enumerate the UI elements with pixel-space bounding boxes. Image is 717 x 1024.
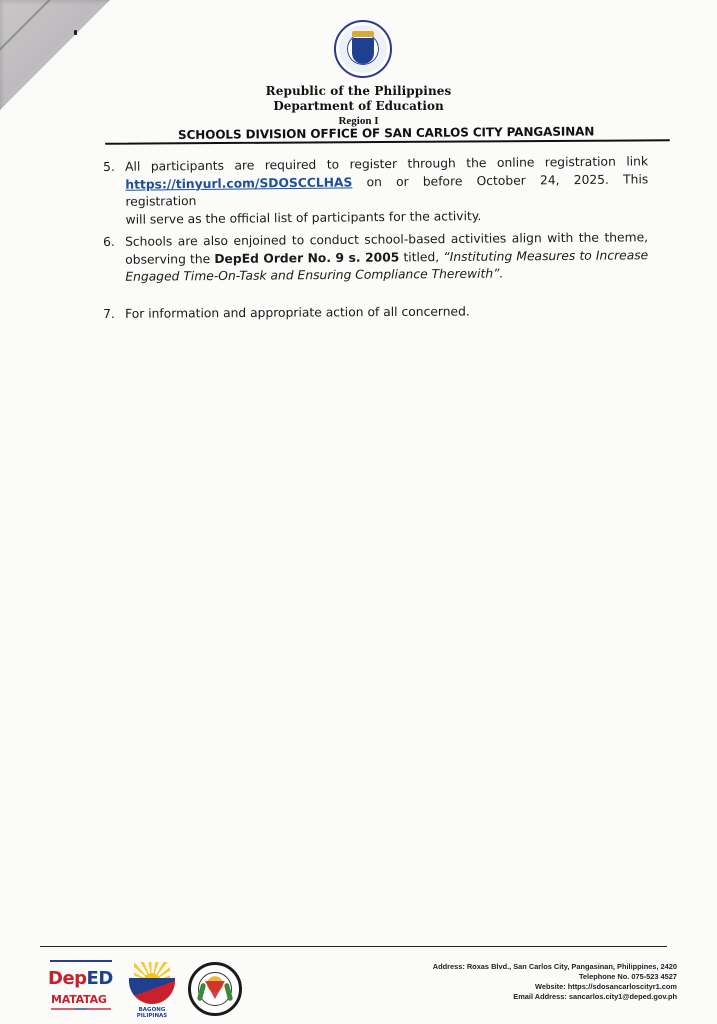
bagong-pilipinas-emblem [129,978,175,1004]
deped-wordmark-part: Dep [48,968,87,989]
logo-bar [50,960,112,962]
contact-block: Address: Roxas Blvd., San Carlos City, P… [433,962,677,1002]
memo-item-7: 7. For information and appropriate actio… [103,302,648,323]
item-text: titled, [399,250,443,264]
seal-triangle-icon [205,981,225,999]
email-text: Email Address: sancarlos.city1@deped.gov… [433,992,677,1002]
deped-seal-logo [334,20,392,78]
memo-item-5: 5. All participants are required to regi… [103,153,649,229]
fold-mark [74,30,77,35]
item-number: 7. [103,306,115,324]
website-text: Website: https://sdosancarloscityr1.com [433,982,677,992]
telephone-text: Telephone No. 075-523 4527 [433,972,677,982]
item-number: 5. [103,159,115,177]
seal-torch-icon [352,31,374,37]
item-text: observing the [125,252,214,267]
bagong-pilipinas-logo: BAGONG PILIPINAS [124,960,180,1020]
laurel-right-icon [224,983,233,1002]
address-text: Address: Roxas Blvd., San Carlos City, P… [433,962,677,972]
department-heading: Department of Education [0,99,717,113]
registration-link[interactable]: https://tinyurl.com/SDOSCCLHAS [125,175,352,191]
logo-underline [51,1008,111,1010]
deped-wordmark-part: ED [87,968,113,989]
deped-wordmark: DepED [48,968,113,989]
region-heading: Region I [0,115,717,127]
sdo-seal-inner [198,972,232,1006]
footer-divider [40,946,667,947]
memo-item-6: 6. Schools are also enjoined to conduct … [103,229,648,286]
matatag-wordmark: MATATAG [51,993,107,1006]
republic-heading: Republic of the Philippines [0,84,717,98]
schools-division-office-seal [188,962,242,1016]
order-title: “Instituting Measures to Increase [443,248,648,264]
seal-shield-icon [352,38,374,64]
item-number: 6. [103,234,115,252]
order-title: Engaged Time-On-Task and Ensuring Compli… [125,264,648,286]
item-text: For information and appropriate action o… [125,302,648,323]
bagong-pilipinas-label: BAGONG PILIPINAS [124,1007,180,1019]
deped-matatag-logo: DepED MATATAG [45,960,117,1020]
deped-order-reference: DepEd Order No. 9 s. 2005 [214,250,399,266]
